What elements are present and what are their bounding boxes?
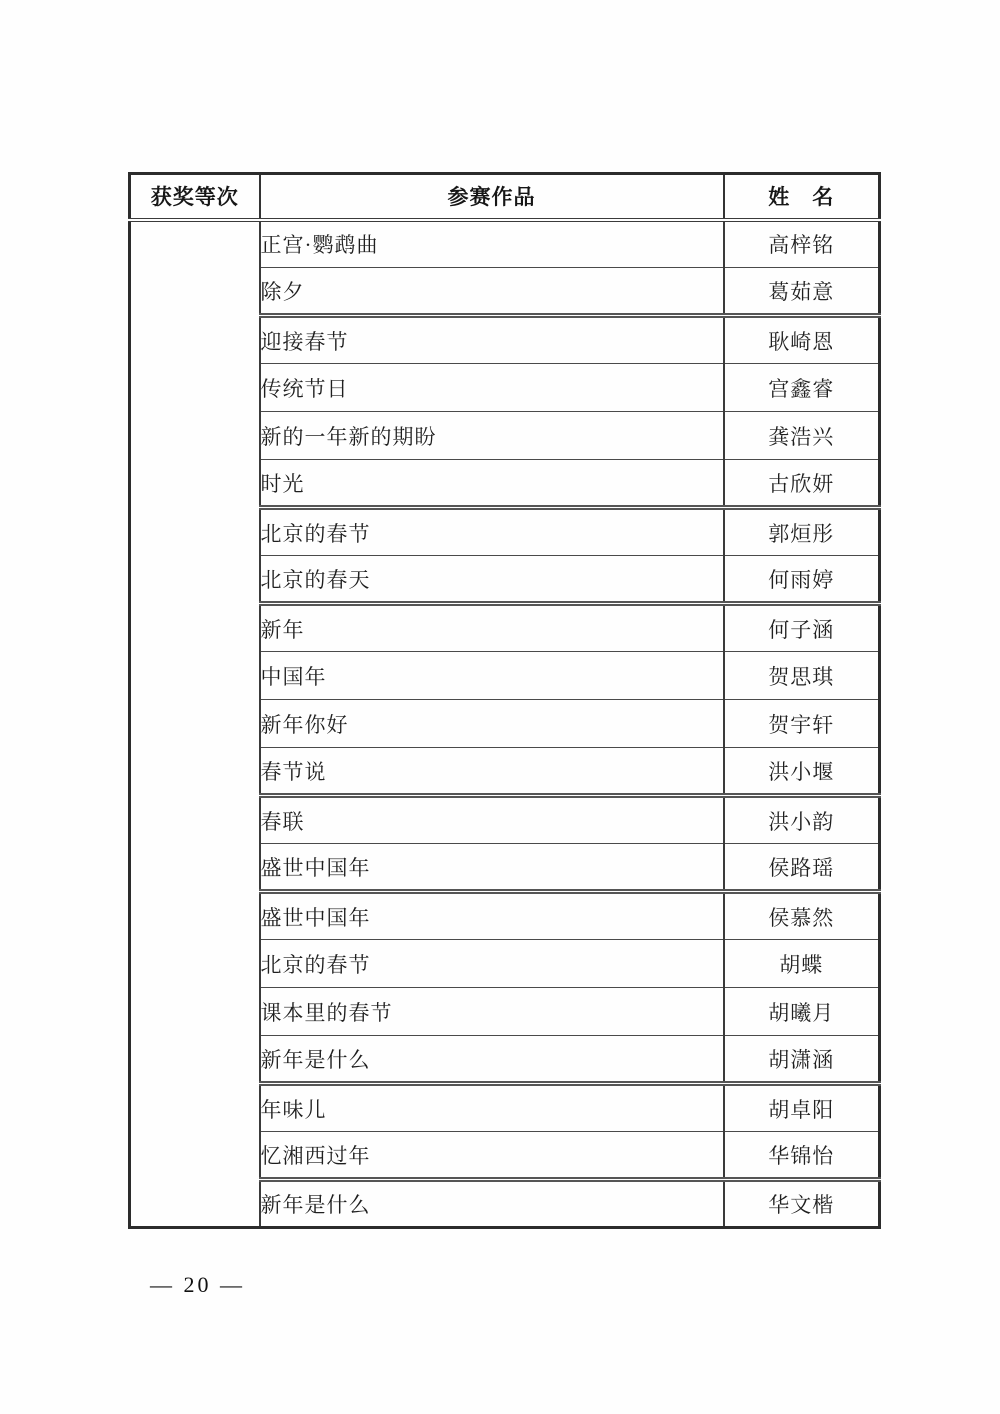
work-title-cell: 正宫·鹦鹉曲 bbox=[260, 220, 724, 268]
author-name-cell: 古欣妍 bbox=[724, 460, 880, 508]
work-title-cell: 盛世中国年 bbox=[260, 892, 724, 940]
author-name-cell: 贺思琪 bbox=[724, 652, 880, 700]
author-name-cell: 洪小堰 bbox=[724, 748, 880, 796]
work-title-cell: 新年是什么 bbox=[260, 1036, 724, 1084]
author-name-cell: 高梓铭 bbox=[724, 220, 880, 268]
author-name-cell: 龚浩兴 bbox=[724, 412, 880, 460]
author-name-cell: 胡蝶 bbox=[724, 940, 880, 988]
awards-table-container: 获奖等次 参赛作品 姓 名 正宫·鹦鹉曲高梓铭除夕葛茹意迎接春节耿崎恩传统节日宫… bbox=[128, 172, 878, 1229]
awards-table: 获奖等次 参赛作品 姓 名 正宫·鹦鹉曲高梓铭除夕葛茹意迎接春节耿崎恩传统节日宫… bbox=[128, 172, 881, 1229]
work-title-cell: 春节说 bbox=[260, 748, 724, 796]
document-page: 获奖等次 参赛作品 姓 名 正宫·鹦鹉曲高梓铭除夕葛茹意迎接春节耿崎恩传统节日宫… bbox=[0, 0, 1000, 1414]
author-name-cell: 何雨婷 bbox=[724, 556, 880, 604]
table-row: 正宫·鹦鹉曲高梓铭 bbox=[130, 220, 880, 268]
work-title-cell: 北京的春节 bbox=[260, 940, 724, 988]
table-header-row: 获奖等次 参赛作品 姓 名 bbox=[130, 174, 880, 220]
author-name-cell: 胡曦月 bbox=[724, 988, 880, 1036]
author-name-cell: 华锦怡 bbox=[724, 1132, 880, 1180]
author-name-cell: 郭烜彤 bbox=[724, 508, 880, 556]
work-title-cell: 新年是什么 bbox=[260, 1180, 724, 1228]
author-name-cell: 葛茹意 bbox=[724, 268, 880, 316]
work-title-cell: 除夕 bbox=[260, 268, 724, 316]
author-name-cell: 华文楷 bbox=[724, 1180, 880, 1228]
work-title-cell: 中国年 bbox=[260, 652, 724, 700]
author-name-cell: 耿崎恩 bbox=[724, 316, 880, 364]
column-header-award-level: 获奖等次 bbox=[130, 174, 260, 220]
work-title-cell: 忆湘西过年 bbox=[260, 1132, 724, 1180]
work-title-cell: 新年 bbox=[260, 604, 724, 652]
author-name-cell: 宫鑫睿 bbox=[724, 364, 880, 412]
author-name-cell: 侯慕然 bbox=[724, 892, 880, 940]
work-title-cell: 北京的春节 bbox=[260, 508, 724, 556]
page-number: — 20 — bbox=[150, 1272, 245, 1298]
award-level-cell bbox=[130, 220, 260, 1228]
author-name-cell: 胡卓阳 bbox=[724, 1084, 880, 1132]
author-name-cell: 胡潇涵 bbox=[724, 1036, 880, 1084]
work-title-cell: 北京的春天 bbox=[260, 556, 724, 604]
work-title-cell: 新的一年新的期盼 bbox=[260, 412, 724, 460]
work-title-cell: 盛世中国年 bbox=[260, 844, 724, 892]
work-title-cell: 时光 bbox=[260, 460, 724, 508]
column-header-entry-work: 参赛作品 bbox=[260, 174, 724, 220]
column-header-name: 姓 名 bbox=[724, 174, 880, 220]
author-name-cell: 侯路瑶 bbox=[724, 844, 880, 892]
author-name-cell: 何子涵 bbox=[724, 604, 880, 652]
work-title-cell: 迎接春节 bbox=[260, 316, 724, 364]
work-title-cell: 年味儿 bbox=[260, 1084, 724, 1132]
work-title-cell: 传统节日 bbox=[260, 364, 724, 412]
author-name-cell: 贺宇轩 bbox=[724, 700, 880, 748]
work-title-cell: 春联 bbox=[260, 796, 724, 844]
author-name-cell: 洪小韵 bbox=[724, 796, 880, 844]
work-title-cell: 新年你好 bbox=[260, 700, 724, 748]
table-body: 正宫·鹦鹉曲高梓铭除夕葛茹意迎接春节耿崎恩传统节日宫鑫睿新的一年新的期盼龚浩兴时… bbox=[130, 220, 880, 1228]
work-title-cell: 课本里的春节 bbox=[260, 988, 724, 1036]
